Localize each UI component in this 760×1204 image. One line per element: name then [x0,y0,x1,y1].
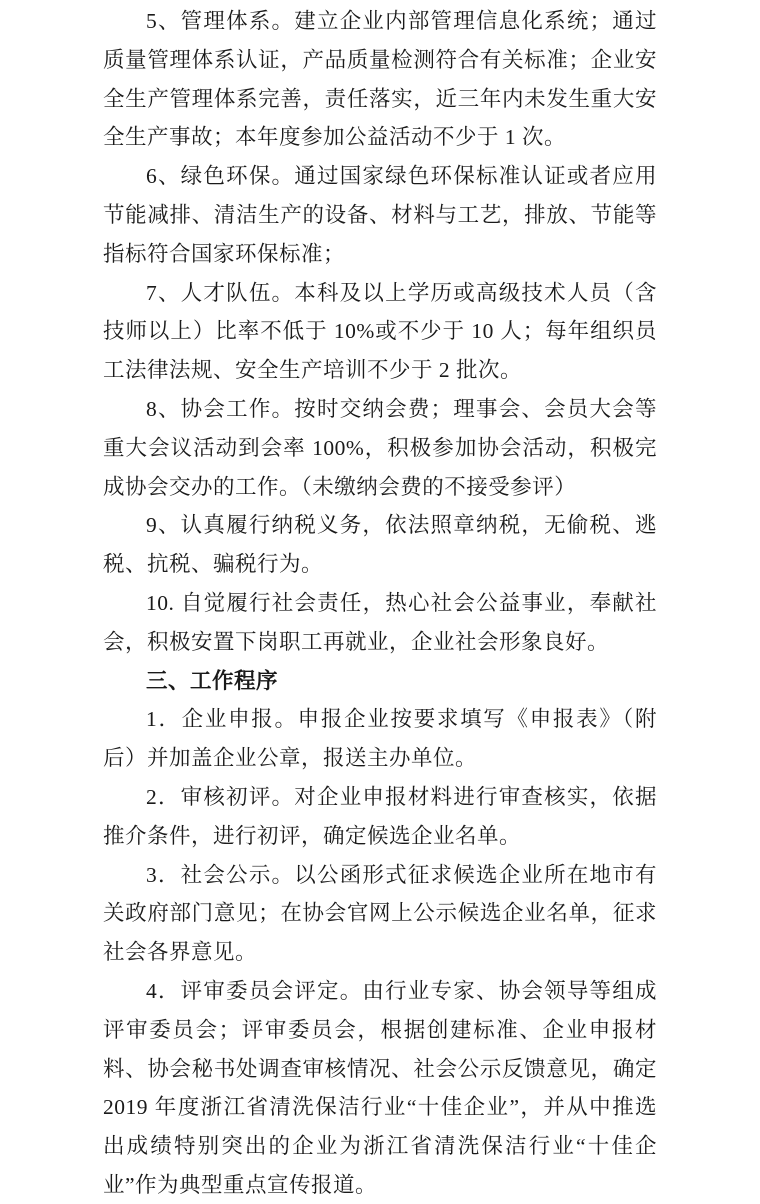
paragraph-item-8-association-work: 8、协会工作。按时交纳会费；理事会、会员大会等重大会议活动到会率 100%，积极… [103,390,657,506]
paragraph-step-3-public-notice: 3．社会公示。以公函形式征求候选企业所在地市有关政府部门意见；在协会官网上公示候… [103,856,657,972]
section-heading-work-procedure: 三、工作程序 [103,662,657,701]
paragraph-step-2-review-preliminary: 2．审核初评。对企业申报材料进行审查核实，依据推介条件，进行初评，确定候选企业名… [103,778,657,856]
paragraph-item-5-management-system: 5、管理体系。建立企业内部管理信息化系统；通过质量管理体系认证，产品质量检测符合… [103,2,657,157]
paragraph-item-6-green-environment: 6、绿色环保。通过国家绿色环保标准认证或者应用节能减排、清洁生产的设备、材料与工… [103,157,657,273]
paragraph-step-4-committee-evaluation: 4．评审委员会评定。由行业专家、协会领导等组成评审委员会；评审委员会，根据创建标… [103,972,657,1204]
paragraph-item-7-talent-team: 7、人才队伍。本科及以上学历或高级技术人员（含技师以上）比率不低于 10%或不少… [103,274,657,390]
document-page: 5、管理体系。建立企业内部管理信息化系统；通过质量管理体系认证，产品质量检测符合… [0,0,760,1204]
paragraph-item-10-social-responsibility: 10. 自觉履行社会责任，热心社会公益事业，奉献社会，积极安置下岗职工再就业，企… [103,584,657,662]
paragraph-item-9-tax-obligation: 9、认真履行纳税义务，依法照章纳税，无偷税、逃税、抗税、骗税行为。 [103,506,657,584]
paragraph-step-1-enterprise-application: 1．企业申报。申报企业按要求填写《申报表》（附后）并加盖企业公章，报送主办单位。 [103,700,657,778]
